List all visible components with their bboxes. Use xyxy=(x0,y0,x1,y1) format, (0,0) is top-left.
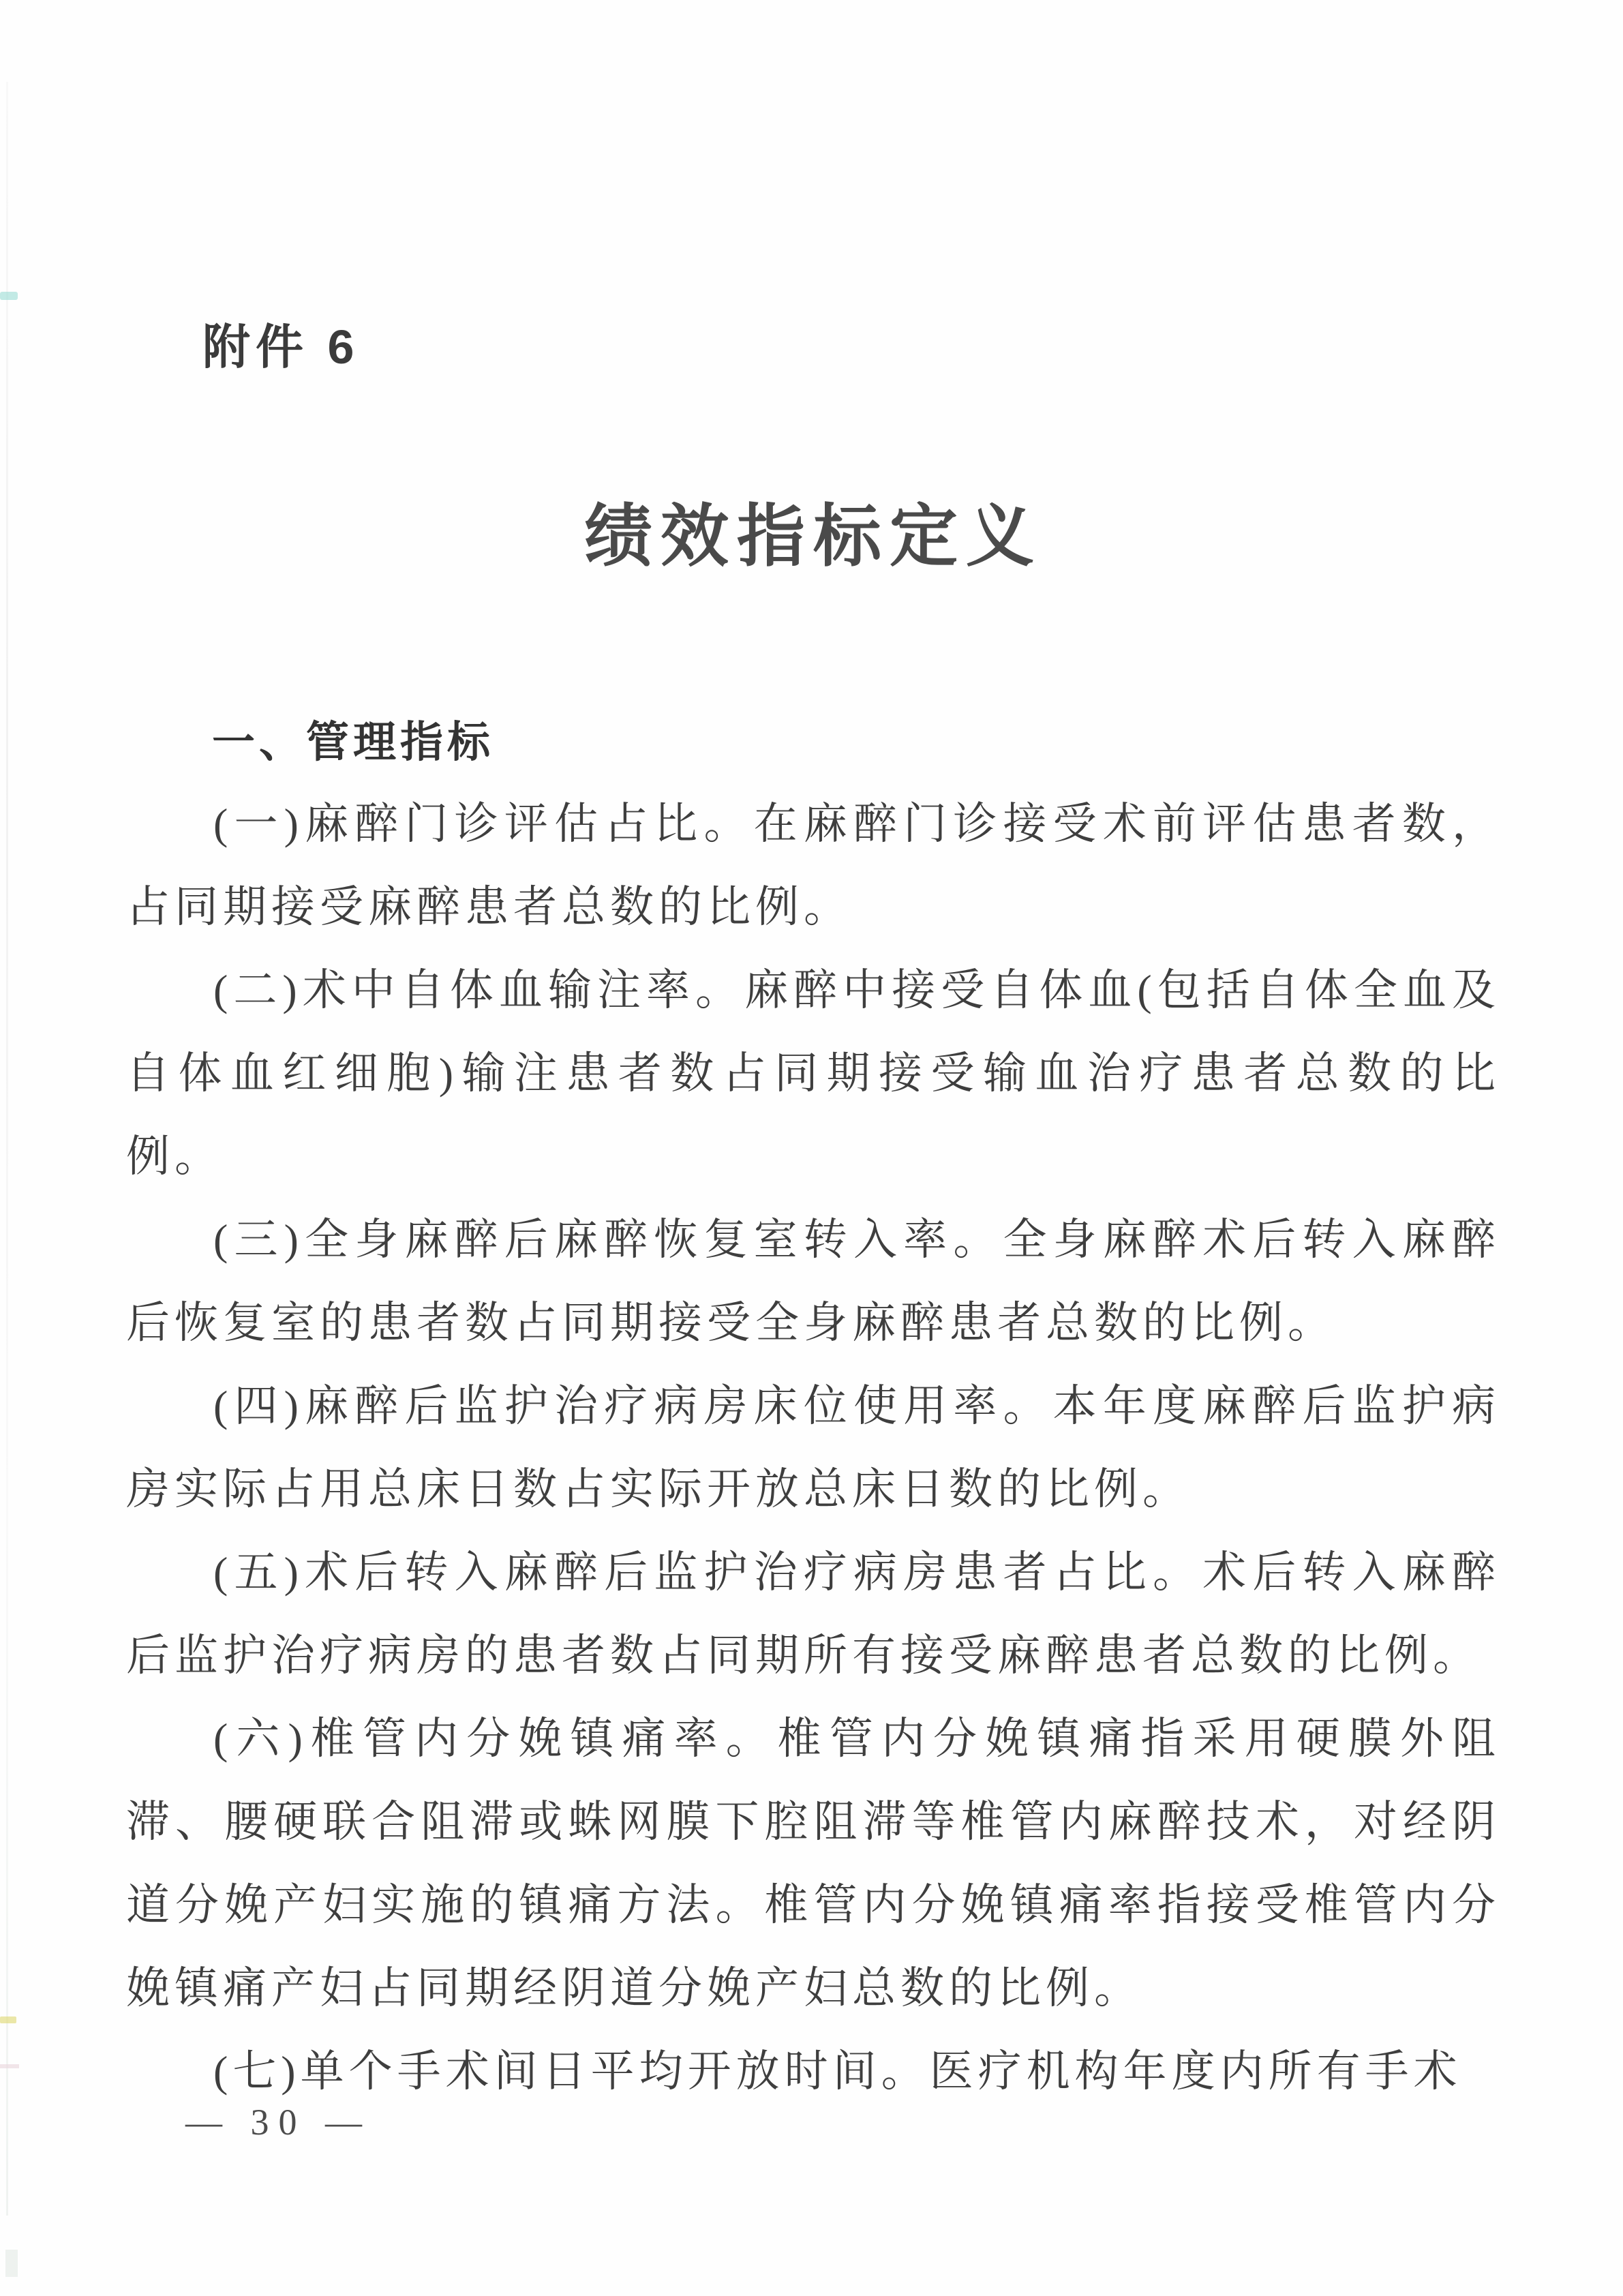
paragraph: (五)术后转入麻醉后监护治疗病房患者占比。术后转入麻醉后监护治疗病房的患者数占同… xyxy=(126,1531,1500,1697)
paragraph: (六)椎管内分娩镇痛率。椎管内分娩镇痛指采用硬膜外阻滞、腰硬联合阻滞或蛛网膜下腔… xyxy=(126,1697,1500,2030)
scan-artifact-smudge xyxy=(5,2250,18,2277)
attachment-label: 附件 6 xyxy=(202,319,1500,375)
paragraph: (二)术中自体血输注率。麻醉中接受自体血(包括自体全血及自体血红细胞)输注患者数… xyxy=(126,949,1500,1198)
body-paragraphs: (一)麻醉门诊评估占比。在麻醉门诊接受术前评估患者数，占同期接受麻醉患者总数的比… xyxy=(126,783,1500,2113)
scanned-document-page: 附件 6 绩效指标定义 一、管理指标 (一)麻醉门诊评估占比。在麻醉门诊接受术前… xyxy=(0,0,1623,2296)
scan-artifact-teal-dash xyxy=(0,292,18,300)
section-heading: 一、管理指标 xyxy=(126,717,1500,768)
paragraph: (四)麻醉后监护治疗病房床位使用率。本年度麻醉后监护病房实际占用总床日数占实际开… xyxy=(126,1365,1500,1531)
paragraph: (三)全身麻醉后麻醉恢复室转入率。全身麻醉术后转入麻醉后恢复室的患者数占同期接受… xyxy=(126,1198,1500,1365)
paragraph: (一)麻醉门诊评估占比。在麻醉门诊接受术前评估患者数，占同期接受麻醉患者总数的比… xyxy=(126,783,1500,949)
document-content: 附件 6 绩效指标定义 一、管理指标 (一)麻醉门诊评估占比。在麻醉门诊接受术前… xyxy=(0,319,1623,2113)
page-number: — 30 — xyxy=(185,2101,371,2143)
page-title: 绩效指标定义 xyxy=(126,499,1500,575)
